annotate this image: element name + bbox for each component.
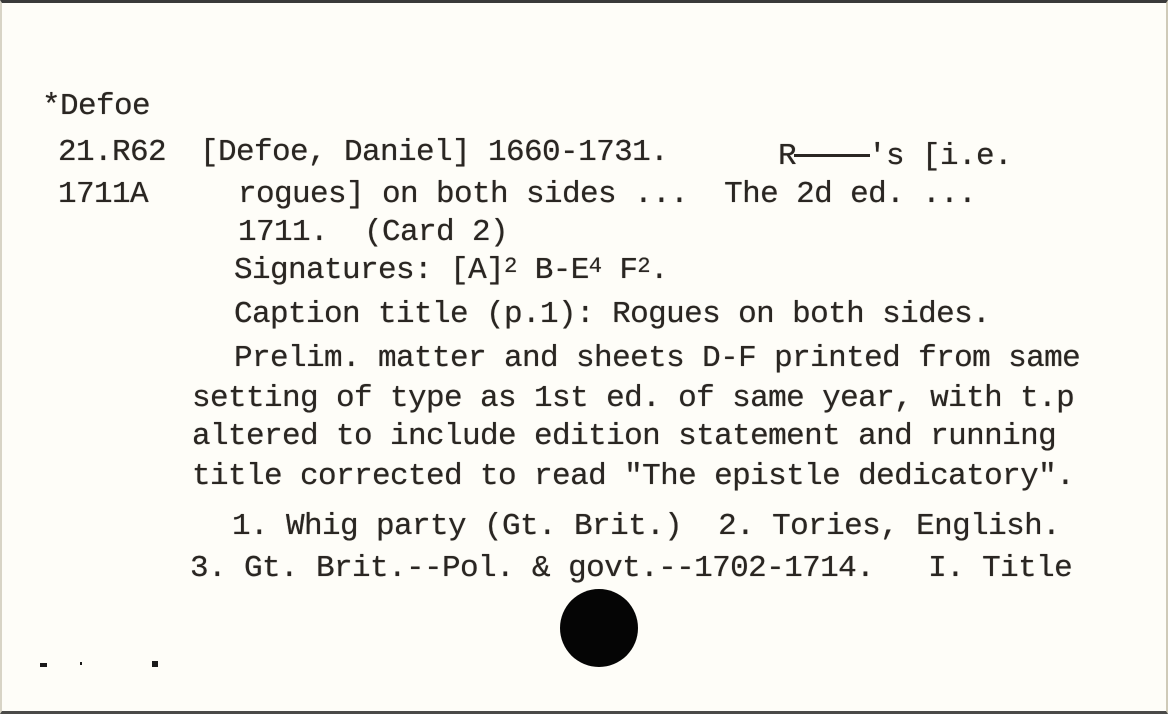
imprint-line: 1711. (Card 2) <box>238 217 508 248</box>
title-statement-start: R's [i.e. <box>778 141 1012 172</box>
note-line: Prelim. matter and sheets D-F printed fr… <box>234 343 1080 374</box>
tracing-line: 1. Whig party (Gt. Brit.) 2. Tories, Eng… <box>232 511 1060 542</box>
signature-part: [A] <box>450 253 504 288</box>
ink-speck <box>152 661 158 667</box>
signatures-label: Signatures: <box>234 253 432 288</box>
signature-superscript: 2 <box>504 254 517 279</box>
signature-superscript: 2 <box>637 254 650 279</box>
signatures-end: . <box>650 253 668 288</box>
note-line: title corrected to read "The epistle ded… <box>192 461 1074 492</box>
call-number-line-2: 1711A <box>58 179 148 210</box>
title-blank-dash <box>794 154 870 157</box>
signatures-line: Signatures: [A]2 B-E4 F2. <box>234 255 668 286</box>
note-caption-title: Caption title (p.1): Rogues on both side… <box>234 299 990 330</box>
call-number-line-1: 21.R62 <box>58 137 166 168</box>
signature-part: B-E <box>535 253 589 288</box>
main-entry: [Defoe, Daniel] 1660-1731. <box>200 137 668 168</box>
catalog-card: *Defoe 21.R62 1711A [Defoe, Daniel] 1660… <box>0 0 1168 714</box>
ink-speck <box>80 662 82 665</box>
title-rest: 's [i.e. <box>868 139 1012 174</box>
ink-speck <box>40 663 47 667</box>
card-punch-hole <box>560 589 638 667</box>
tracing-line: 3. Gt. Brit.--Pol. & govt.--1702-1714. I… <box>190 553 1072 584</box>
title-statement-line-2: rogues] on both sides ... The 2d ed. ... <box>238 179 976 210</box>
signature-superscript: 4 <box>589 254 602 279</box>
card-heading: *Defoe <box>42 91 150 122</box>
signature-part: F <box>619 253 637 288</box>
note-line: altered to include edition statement and… <box>192 421 1056 452</box>
note-line: setting of type as 1st ed. of same year,… <box>192 383 1074 414</box>
